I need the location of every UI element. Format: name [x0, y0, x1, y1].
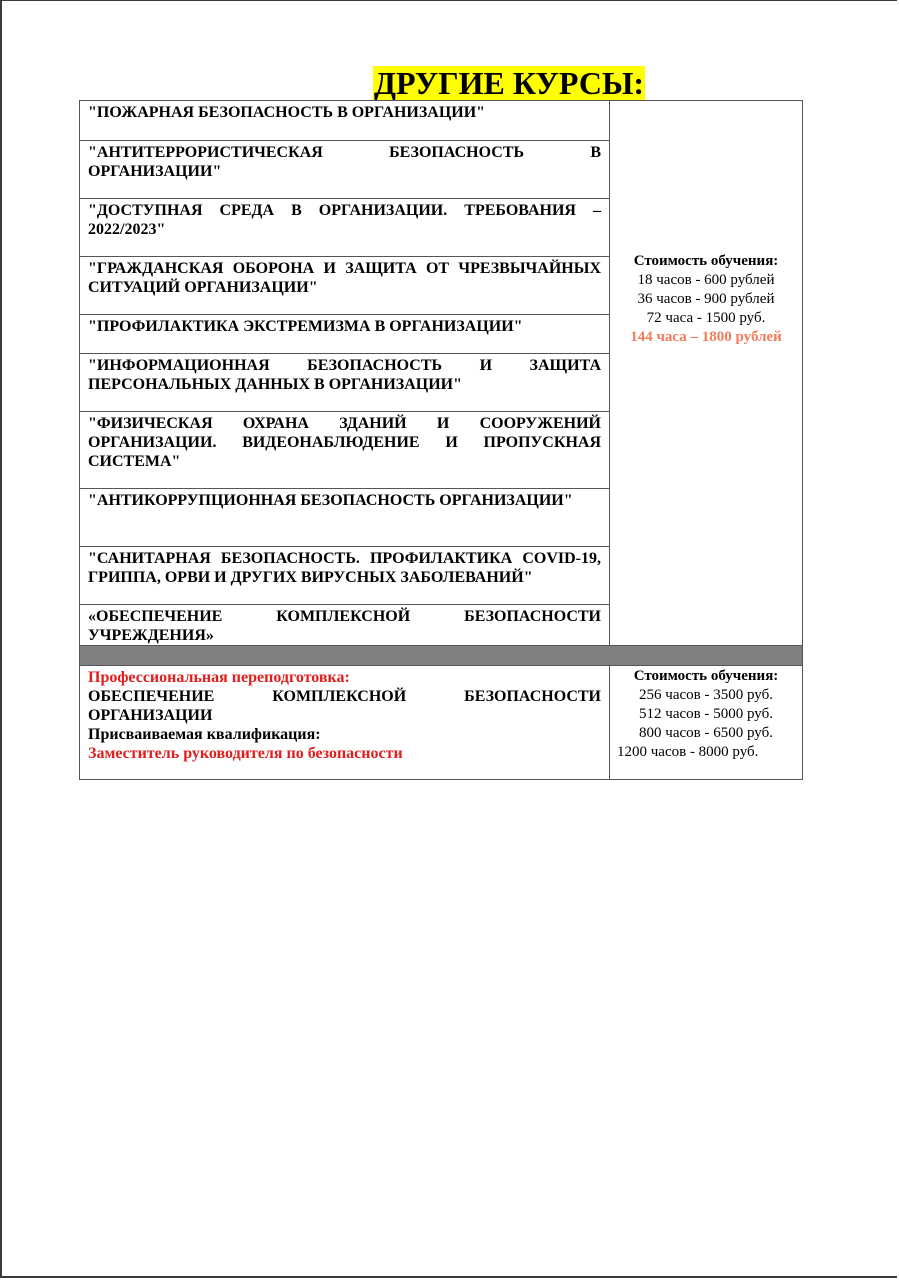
price-line: 512 часов - 5000 руб.: [610, 705, 802, 724]
separator-bar: [80, 646, 803, 666]
course-title: "ПОЖАРНАЯ БЕЗОПАСНОСТЬ В ОРГАНИЗАЦИИ": [88, 103, 601, 122]
courses-table: "ПОЖАРНАЯ БЕЗОПАСНОСТЬ В ОРГАНИЗАЦИИ" Ст…: [79, 100, 803, 780]
course-title: «ОБЕСПЕЧЕНИЕ КОМПЛЕКСНОЙ БЕЗОПАСНОСТИ УЧ…: [88, 607, 601, 645]
course-cell: "ПОЖАРНАЯ БЕЗОПАСНОСТЬ В ОРГАНИЗАЦИИ": [80, 101, 610, 141]
qualification-value: Заместитель руководителя по безопасности: [88, 744, 601, 763]
qualification-label: Присваиваемая квалификация:: [88, 725, 601, 744]
course-title: "ДОСТУПНАЯ СРЕДА В ОРГАНИЗАЦИИ. ТРЕБОВАН…: [88, 201, 601, 239]
professional-cell: Профессиональная переподготовка: ОБЕСПЕЧ…: [80, 666, 610, 780]
price-line: 72 часа - 1500 руб.: [610, 309, 802, 328]
price-line: 18 часов - 600 рублей: [610, 271, 802, 290]
page-title: ДРУГИЕ КУРСЫ:: [373, 66, 645, 100]
table-row: "ПОЖАРНАЯ БЕЗОПАСНОСТЬ В ОРГАНИЗАЦИИ" Ст…: [80, 101, 803, 141]
course-title: "ГРАЖДАНСКАЯ ОБОРОНА И ЗАЩИТА ОТ ЧРЕЗВЫЧ…: [88, 259, 601, 297]
course-title: "АНТИКОРРУПЦИОННАЯ БЕЗОПАСНОСТЬ ОРГАНИЗА…: [88, 491, 601, 510]
separator-row: [80, 646, 803, 666]
course-cell: "ГРАЖДАНСКАЯ ОБОРОНА И ЗАЩИТА ОТ ЧРЕЗВЫЧ…: [80, 257, 610, 315]
price-line-accent: 144 часа – 1800 рублей: [610, 328, 802, 347]
course-title: "САНИТАРНАЯ БЕЗОПАСНОСТЬ. ПРОФИЛАКТИКА C…: [88, 549, 601, 587]
course-cell: "АНТИКОРРУПЦИОННАЯ БЕЗОПАСНОСТЬ ОРГАНИЗА…: [80, 489, 610, 547]
course-cell: "ДОСТУПНАЯ СРЕДА В ОРГАНИЗАЦИИ. ТРЕБОВАН…: [80, 199, 610, 257]
course-title: "ПРОФИЛАКТИКА ЭКСТРЕМИЗМА В ОРГАНИЗАЦИИ": [88, 317, 601, 336]
professional-program: ОБЕСПЕЧЕНИЕ КОМПЛЕКСНОЙ БЕЗОПАСНОСТИ ОРГ…: [88, 687, 601, 725]
course-title: "АНТИТЕРРОРИСТИЧЕСКАЯ БЕЗОПАСНОСТЬ В ОРГ…: [88, 143, 601, 181]
course-title: "ФИЗИЧЕСКАЯ ОХРАНА ЗДАНИЙ И СООРУЖЕНИЙ О…: [88, 414, 601, 471]
price-line: 800 часов - 6500 руб.: [610, 724, 802, 743]
price-heading: Стоимость обучения:: [610, 252, 802, 271]
course-cell: "ИНФОРМАЦИОННАЯ БЕЗОПАСНОСТЬ И ЗАЩИТА ПЕ…: [80, 354, 610, 412]
course-cell: «ОБЕСПЕЧЕНИЕ КОМПЛЕКСНОЙ БЕЗОПАСНОСТИ УЧ…: [80, 605, 610, 646]
course-cell: "ФИЗИЧЕСКАЯ ОХРАНА ЗДАНИЙ И СООРУЖЕНИЙ О…: [80, 412, 610, 489]
courses-price-cell: Стоимость обучения: 18 часов - 600 рубле…: [610, 101, 803, 646]
course-cell: "АНТИТЕРРОРИСТИЧЕСКАЯ БЕЗОПАСНОСТЬ В ОРГ…: [80, 141, 610, 199]
professional-row: Профессиональная переподготовка: ОБЕСПЕЧ…: [80, 666, 803, 780]
course-cell: "ПРОФИЛАКТИКА ЭКСТРЕМИЗМА В ОРГАНИЗАЦИИ": [80, 315, 610, 354]
course-title: "ИНФОРМАЦИОННАЯ БЕЗОПАСНОСТЬ И ЗАЩИТА ПЕ…: [88, 356, 601, 394]
professional-price-cell: Стоимость обучения: 256 часов - 3500 руб…: [610, 666, 803, 780]
price-line: 36 часов - 900 рублей: [610, 290, 802, 309]
price-line: 256 часов - 3500 руб.: [610, 686, 802, 705]
professional-label: Профессиональная переподготовка:: [88, 668, 601, 687]
price-line: 1200 часов - 8000 руб.: [610, 743, 802, 762]
course-cell: "САНИТАРНАЯ БЕЗОПАСНОСТЬ. ПРОФИЛАКТИКА C…: [80, 547, 610, 605]
price-heading: Стоимость обучения:: [610, 667, 802, 686]
